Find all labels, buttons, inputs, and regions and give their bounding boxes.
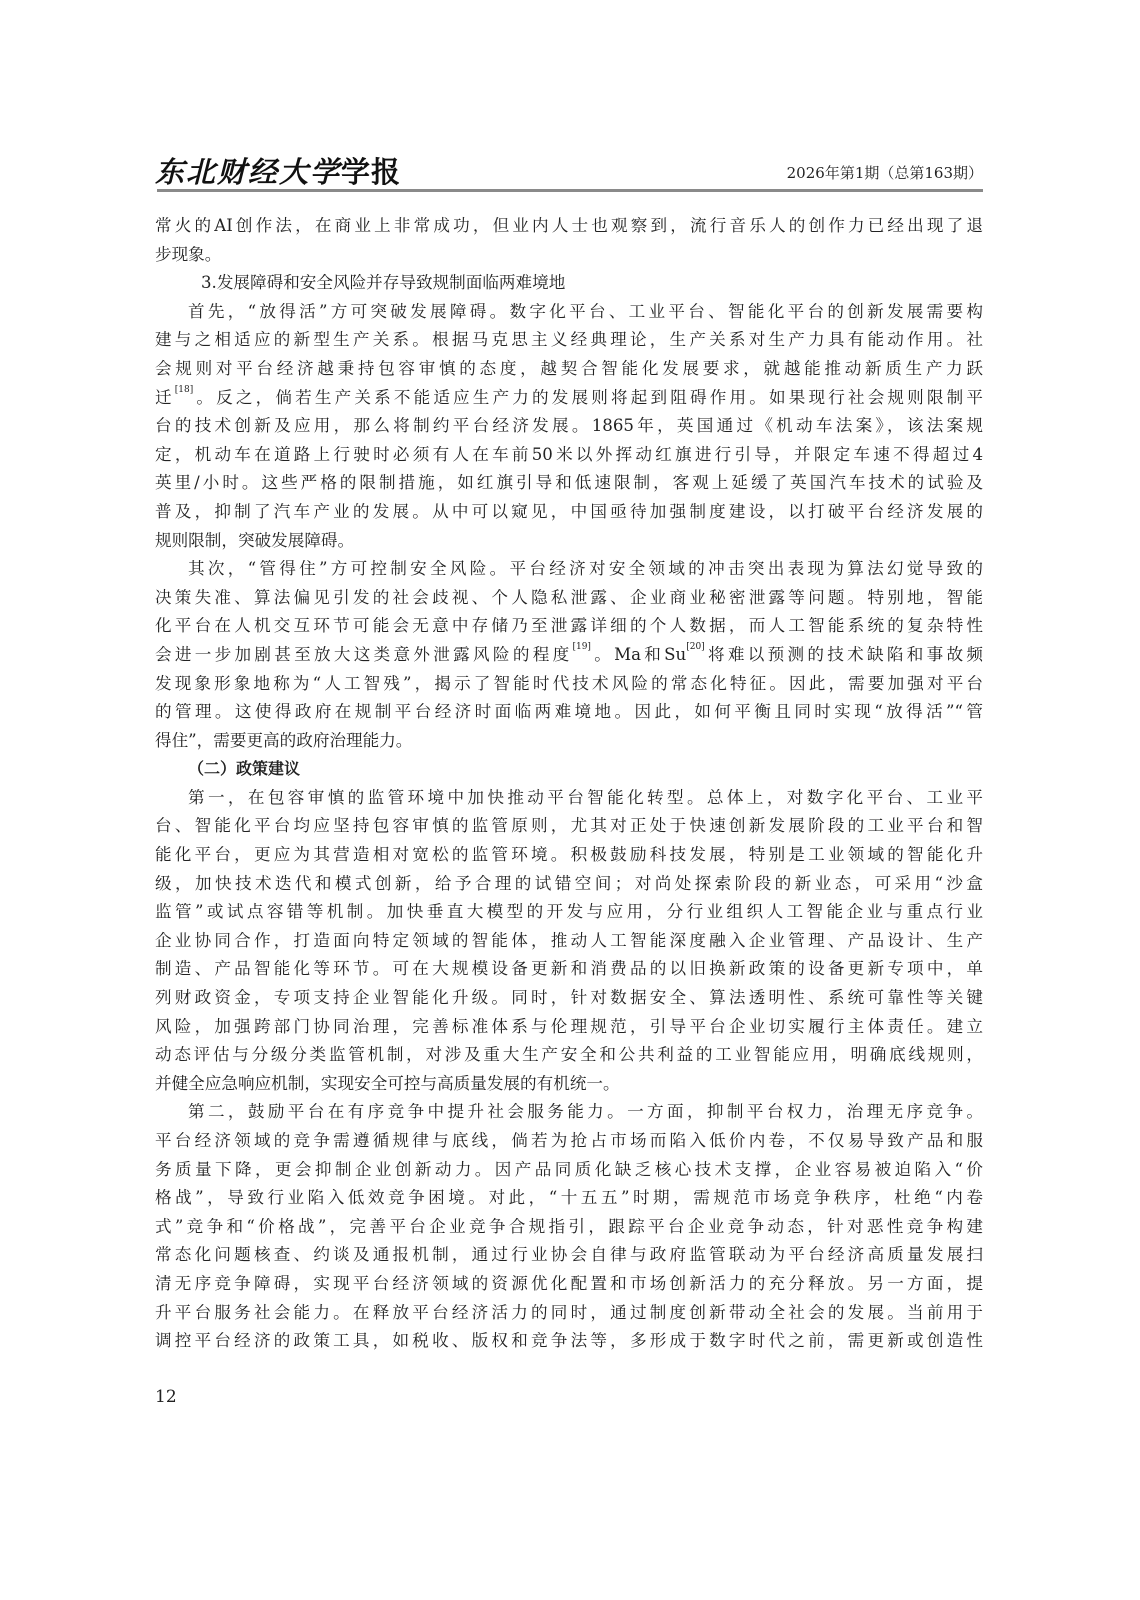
text-span: 的管理。这使得政府在规制平台经济时面临两难境地。因此，如何平衡且同时实现“放得活… [155,702,983,721]
text-line: 常火的AI创作法，在商业上非常成功，但业内人士也观察到，流行音乐人的创作力已经出… [155,212,983,241]
text-span: 列财政资金，专项支持企业智能化升级。同时，针对数据安全、算法透明性、系统可靠性等… [155,988,983,1007]
text-span: 将难以预测的技术缺陷和事故频 [705,645,983,664]
text-span: 迁 [155,388,175,407]
text-line: 监管”或试点容错等机制。加快垂直大模型的开发与应用，分行业组织人工智能企业与重点… [155,898,983,927]
text-span: 级，加快技术迭代和模式创新，给予合理的试错空间；对尚处探索阶段的新业态，可采用“… [155,874,983,893]
text-span: 并健全应急响应机制，实现安全可控与高质量发展的有机统一。 [155,1074,620,1093]
text-span: 企业协同合作，打造面向特定领域的智能体，推动人工智能深度融入企业管理、产品设计、… [155,931,983,950]
text-line: 列财政资金，专项支持企业智能化升级。同时，针对数据安全、算法透明性、系统可靠性等… [155,984,983,1013]
text-span: 常态化问题核查、约谈及通报机制，通过行业协会自律与政府监管联动为平台经济高质量发… [155,1245,983,1264]
text-span: 常火的AI创作法，在商业上非常成功，但业内人士也观察到，流行音乐人的创作力已经出… [155,216,983,235]
text-line: 务质量下降，更会抑制企业创新动力。因产品同质化缺乏核心技术支撑，企业容易被迫陷入… [155,1156,983,1185]
text-line: 决策失准、算法偏见引发的社会歧视、个人隐私泄露、企业商业秘密泄露等问题。特别地，… [155,584,983,613]
text-span: 第二，鼓励平台在有序竞争中提升社会服务能力。一方面，抑制平台权力，治理无序竞争。 [188,1102,983,1121]
text-span: 能化平台，更应为其营造相对宽松的监管环境。积极鼓励科技发展，特别是工业领域的智能… [155,845,983,864]
text-span: （二）政策建议 [188,759,300,778]
text-line: 会规则对平台经济越秉持包容审慎的态度，越契合智能化发展要求，就越能推动新质生产力… [155,355,983,384]
text-span: 清无序竞争障碍，实现平台经济领域的资源优化配置和市场创新活力的充分释放。另一方面… [155,1274,983,1293]
text-line: 清无序竞争障碍，实现平台经济领域的资源优化配置和市场创新活力的充分释放。另一方面… [155,1270,983,1299]
running-header: 东北财经大学学报 2026年第1期（总第163期） [155,150,983,190]
text-span: 。Ma和Su [591,645,686,664]
text-span: 动态评估与分级分类监管机制，对涉及重大生产安全和公共利益的工业智能应用，明确底线… [155,1045,983,1064]
text-line: 式”竞争和“价格战”，完善平台企业竞争合规指引，跟踪平台企业竞争动态，针对恶性竞… [155,1213,983,1242]
text-span: 其次，“管得住”方可控制安全风险。平台经济对安全领域的冲击突出表现为算法幻觉导致… [188,559,983,578]
subsection-heading: 3.发展障碍和安全风险并存导致规制面临两难境地 [155,269,983,298]
text-line: 能化平台，更应为其营造相对宽松的监管环境。积极鼓励科技发展，特别是工业领域的智能… [155,841,983,870]
text-line: 第一，在包容审慎的监管环境中加快推动平台智能化转型。总体上，对数字化平台、工业平 [155,784,983,813]
text-span: 普及，抑制了汽车产业的发展。从中可以窥见，中国亟待加强制度建设，以打破平台经济发… [155,502,983,521]
text-span: 格战”，导致行业陷入低效竞争困境。对此，“十五五”时期，需规范市场竞争秩序，杜绝… [155,1188,983,1207]
text-span: 3.发展障碍和安全风险并存导致规制面临两难境地 [201,273,565,292]
text-line: 调控平台经济的政策工具，如税收、版权和竞争法等，多形成于数字时代之前，需更新或创… [155,1327,983,1356]
header-rule [157,189,983,192]
text-span: 化平台在人机交互环节可能会无意中存储乃至泄露详细的个人数据，而人工智能系统的复杂… [155,616,983,635]
text-line: 台的技术创新及应用，那么将制约平台经济发展。1865年，英国通过《机动车法案》，… [155,412,983,441]
text-line: 迁[18]。反之，倘若生产关系不能适应生产力的发展则将起到阻碍作用。如果现行社会… [155,384,983,413]
text-span: 务质量下降，更会抑制企业创新动力。因产品同质化缺乏核心技术支撑，企业容易被迫陷入… [155,1160,983,1179]
text-span: 会规则对平台经济越秉持包容审慎的态度，越契合智能化发展要求，就越能推动新质生产力… [155,359,983,378]
citation-ref: [20] [686,642,704,652]
text-line: 动态评估与分级分类监管机制，对涉及重大生产安全和公共利益的工业智能应用，明确底线… [155,1041,983,1070]
text-line: 风险，加强跨部门协同治理，完善标准体系与伦理规范，引导平台企业切实履行主体责任。… [155,1013,983,1042]
text-span: 制造、产品智能化等环节。可在大规模设备更新和消费品的以旧换新政策的设备更新专项中… [155,959,983,978]
text-span: 发现象形象地称为“人工智残”，揭示了智能时代技术风险的常态化特征。因此，需要加强… [155,674,983,693]
text-line: 的管理。这使得政府在规制平台经济时面临两难境地。因此，如何平衡且同时实现“放得活… [155,698,983,727]
text-line: 首先，“放得活”方可突破发展障碍。数字化平台、工业平台、智能化平台的创新发展需要… [155,298,983,327]
text-line: 常态化问题核查、约谈及通报机制，通过行业协会自律与政府监管联动为平台经济高质量发… [155,1241,983,1270]
text-span: 第一，在包容审慎的监管环境中加快推动平台智能化转型。总体上，对数字化平台、工业平 [188,788,983,807]
section-heading: （二）政策建议 [155,755,983,784]
text-line: 英里/小时。这些严格的限制措施，如红旗引导和低速限制，客观上延缓了英国汽车技术的… [155,469,983,498]
journal-title-calligraphy: 东北财经大学 [155,155,341,189]
text-span: 规则限制，突破发展障碍。 [155,531,354,550]
text-line: 定，机动车在道路上行驶时必须有人在车前50米以外挥动红旗进行引导，并限定车速不得… [155,441,983,470]
page-number: 12 [155,1387,177,1407]
text-line: 并健全应急响应机制，实现安全可控与高质量发展的有机统一。 [155,1070,983,1099]
text-line: 第二，鼓励平台在有序竞争中提升社会服务能力。一方面，抑制平台权力，治理无序竞争。 [155,1098,983,1127]
text-span: 调控平台经济的政策工具，如税收、版权和竞争法等，多形成于数字时代之前，需更新或创… [155,1331,983,1350]
text-line: 普及，抑制了汽车产业的发展。从中可以窥见，中国亟待加强制度建设，以打破平台经济发… [155,498,983,527]
text-line: 会进一步加剧甚至放大这类意外泄露风险的程度[19]。Ma和Su[20]将难以预测… [155,641,983,670]
text-span: 首先，“放得活”方可突破发展障碍。数字化平台、工业平台、智能化平台的创新发展需要… [188,302,983,321]
text-line: 建与之相适应的新型生产关系。根据马克思主义经典理论，生产关系对生产力具有能动作用… [155,326,983,355]
issue-info: 2026年第1期（总第163期） [787,162,983,183]
text-line: 升平台服务社会能力。在释放平台经济活力的同时，通过制度创新带动全社会的发展。当前… [155,1299,983,1328]
citation-ref: [18] [175,385,193,395]
text-line: 步现象。 [155,241,983,270]
text-span: 式”竞争和“价格战”，完善平台企业竞争合规指引，跟踪平台企业竞争动态，针对恶性竞… [155,1217,983,1236]
text-span: 平台经济领域的竞争需遵循规律与底线，倘若为抢占市场而陷入低价内卷，不仅易导致产品… [155,1131,983,1150]
text-line: 化平台在人机交互环节可能会无意中存储乃至泄露详细的个人数据，而人工智能系统的复杂… [155,612,983,641]
text-line: 级，加快技术迭代和模式创新，给予合理的试错空间；对尚处探索阶段的新业态，可采用“… [155,870,983,899]
text-line: 格战”，导致行业陷入低效竞争困境。对此，“十五五”时期，需规范市场竞争秩序，杜绝… [155,1184,983,1213]
citation-ref: [19] [572,642,590,652]
text-line: 企业协同合作，打造面向特定领域的智能体，推动人工智能深度融入企业管理、产品设计、… [155,927,983,956]
text-span: 定，机动车在道路上行驶时必须有人在车前50米以外挥动红旗进行引导，并限定车速不得… [155,445,983,464]
text-line: 发现象形象地称为“人工智残”，揭示了智能时代技术风险的常态化特征。因此，需要加强… [155,670,983,699]
text-span: 步现象。 [155,245,221,264]
text-span: 决策失准、算法偏见引发的社会歧视、个人隐私泄露、企业商业秘密泄露等问题。特别地，… [155,588,983,607]
journal-title-suffix: 学报 [341,155,401,189]
text-line: 台、智能化平台均应坚持包容审慎的监管原则，尤其对正处于快速创新发展阶段的工业平台… [155,812,983,841]
text-span: 。反之，倘若生产关系不能适应生产力的发展则将起到阻碍作用。如果现行社会规则限制平 [193,388,983,407]
text-span: 英里/小时。这些严格的限制措施，如红旗引导和低速限制，客观上延缓了英国汽车技术的… [155,473,983,492]
text-span: 会进一步加剧甚至放大这类意外泄露风险的程度 [155,645,572,664]
text-span: 台、智能化平台均应坚持包容审慎的监管原则，尤其对正处于快速创新发展阶段的工业平台… [155,816,983,835]
text-span: 升平台服务社会能力。在释放平台经济活力的同时，通过制度创新带动全社会的发展。当前… [155,1303,983,1322]
text-span: 风险，加强跨部门协同治理，完善标准体系与伦理规范，引导平台企业切实履行主体责任。… [155,1017,983,1036]
text-line: 其次，“管得住”方可控制安全风险。平台经济对安全领域的冲击突出表现为算法幻觉导致… [155,555,983,584]
text-span: 台的技术创新及应用，那么将制约平台经济发展。1865年，英国通过《机动车法案》，… [155,416,983,435]
text-line: 平台经济领域的竞争需遵循规律与底线，倘若为抢占市场而陷入低价内卷，不仅易导致产品… [155,1127,983,1156]
text-span: 建与之相适应的新型生产关系。根据马克思主义经典理论，生产关系对生产力具有能动作用… [155,330,983,349]
text-line: 得住”，需要更高的政府治理能力。 [155,727,983,756]
text-span: 得住”，需要更高的政府治理能力。 [155,731,412,750]
journal-title: 东北财经大学学报 [155,150,401,191]
article-body: 常火的AI创作法，在商业上非常成功，但业内人士也观察到，流行音乐人的创作力已经出… [155,212,983,1356]
text-span: 监管”或试点容错等机制。加快垂直大模型的开发与应用，分行业组织人工智能企业与重点… [155,902,983,921]
text-line: 制造、产品智能化等环节。可在大规模设备更新和消费品的以旧换新政策的设备更新专项中… [155,955,983,984]
text-line: 规则限制，突破发展障碍。 [155,527,983,556]
